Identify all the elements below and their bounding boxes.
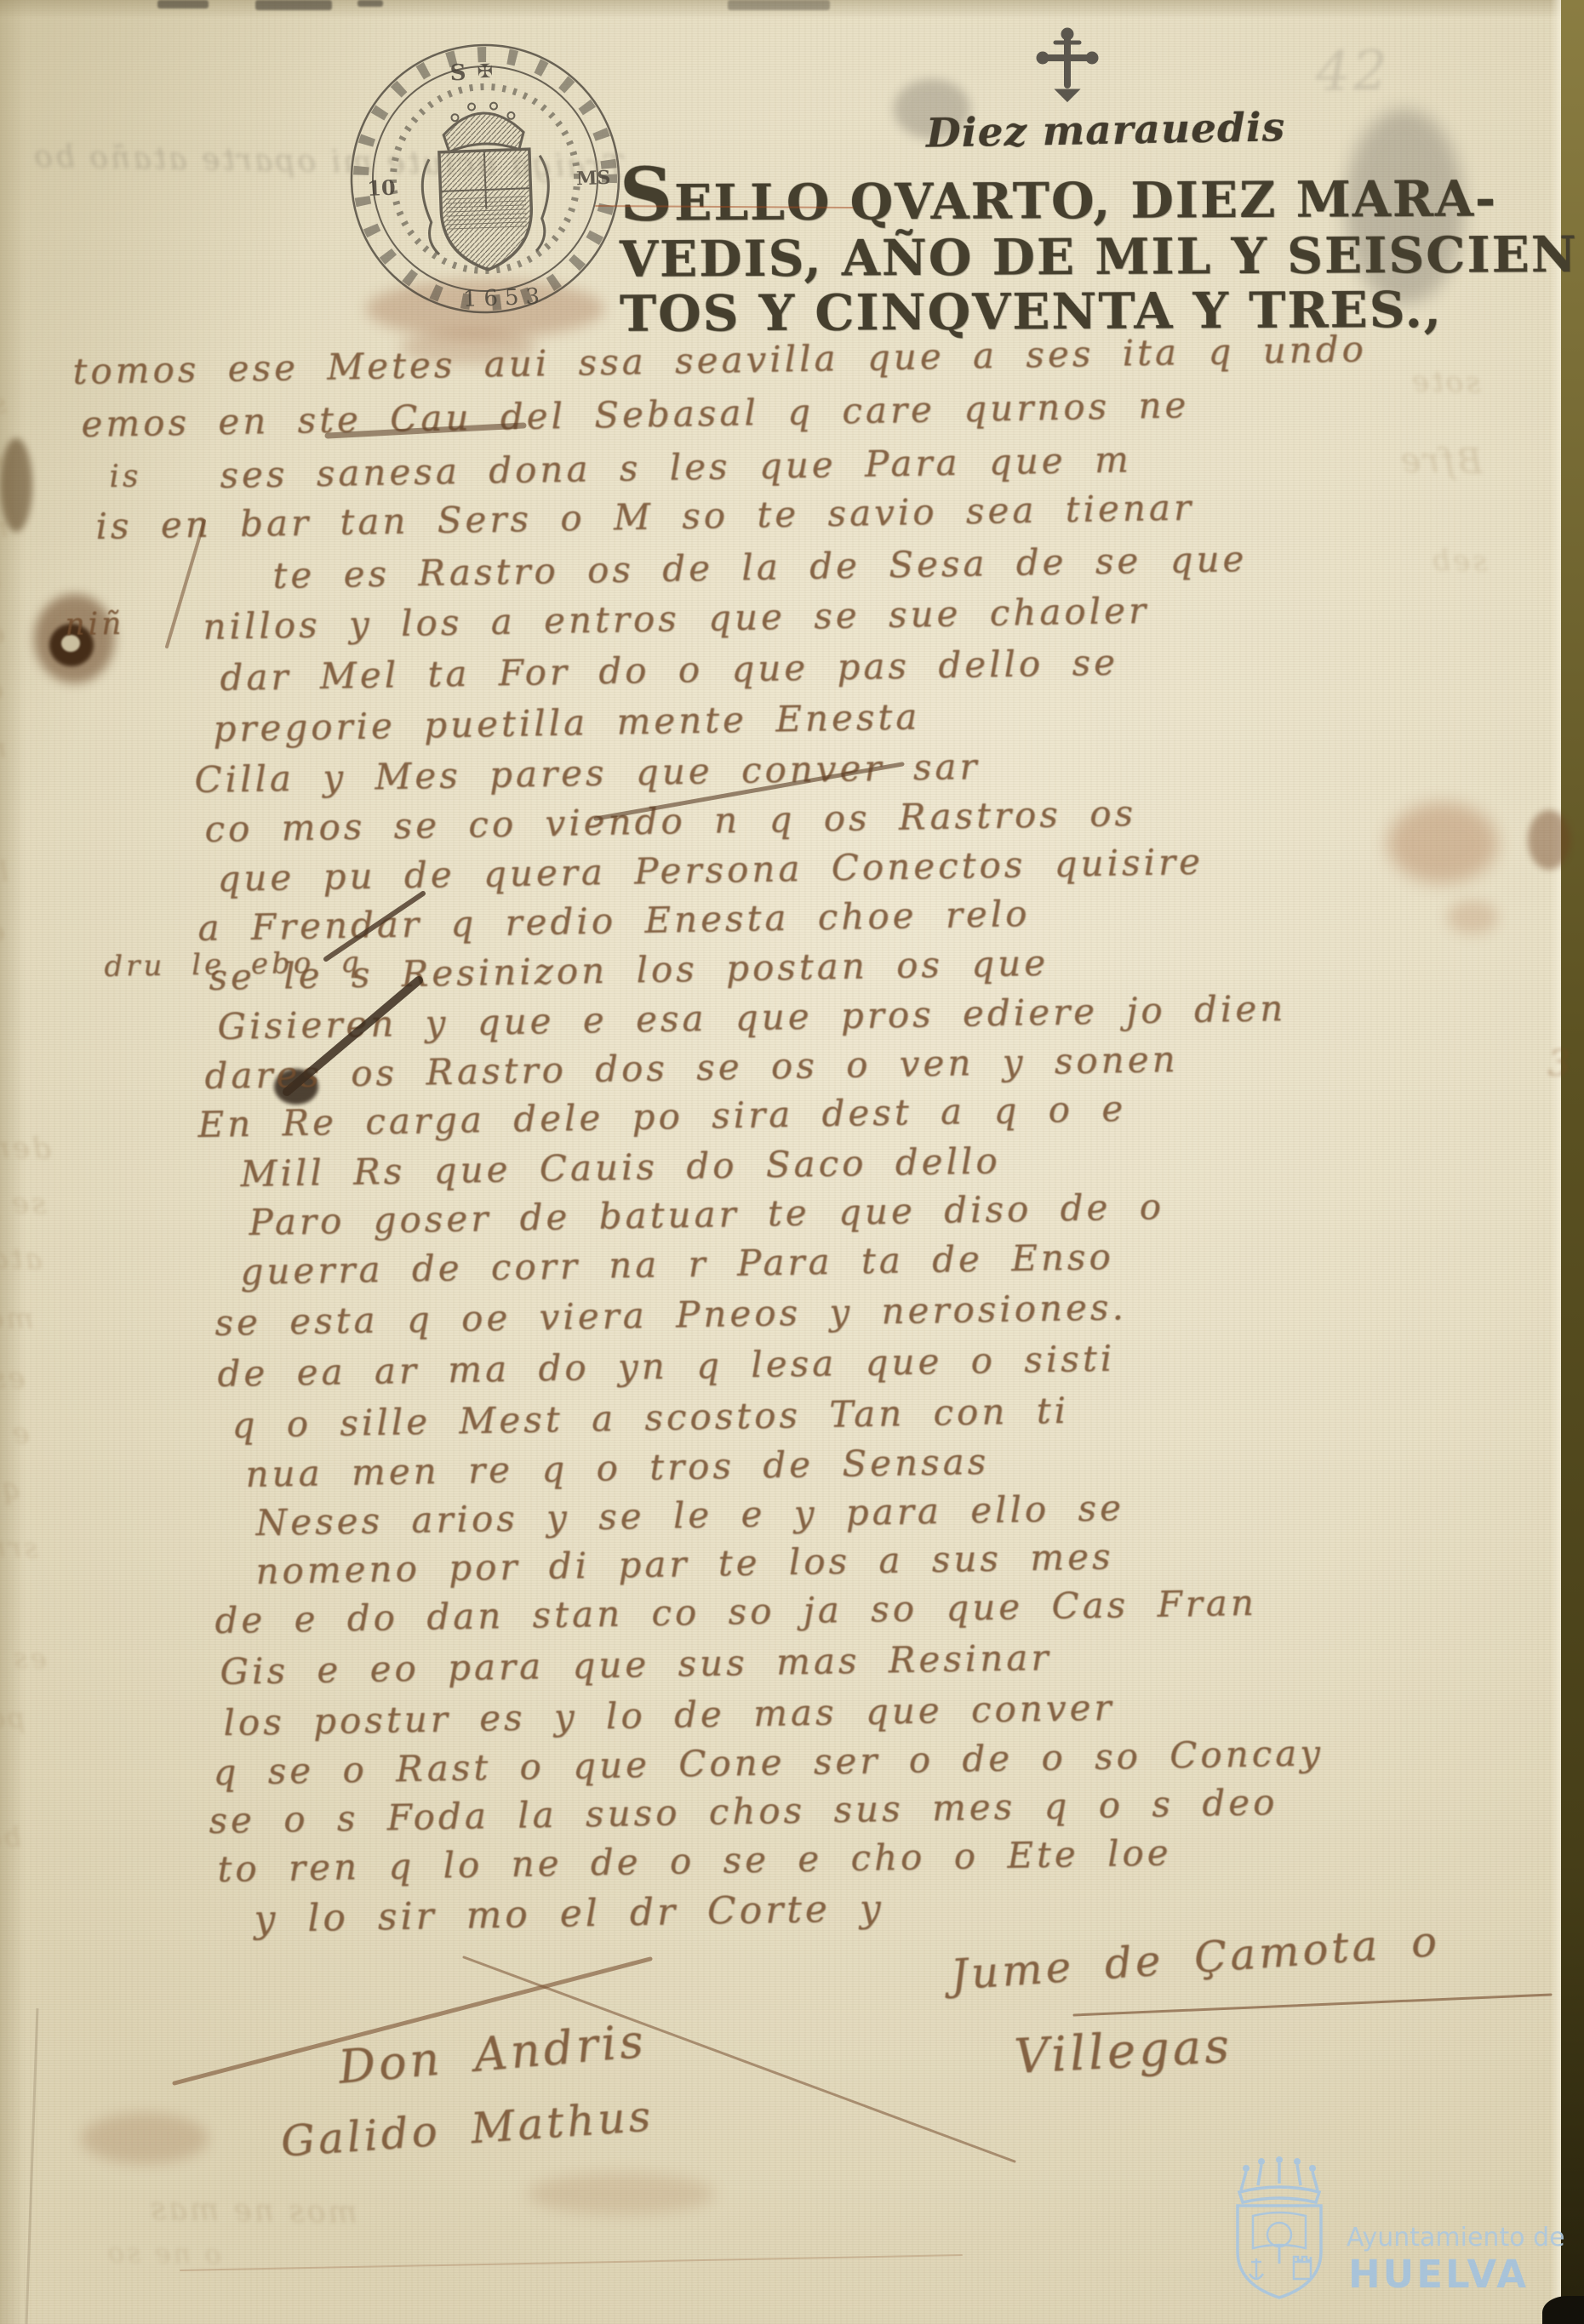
huelva-coat-of-arms-icon xyxy=(1227,2156,1331,2303)
pen-stroke xyxy=(328,425,523,436)
pen-stroke xyxy=(167,521,204,647)
pen-stroke xyxy=(1074,1995,1551,2015)
pen-stroke xyxy=(180,2255,962,2270)
scanned-document-page: S ✠ 10 MS 1653 Diez marauedis SELLO QVAR… xyxy=(0,0,1584,2324)
pen-stroke xyxy=(464,1957,1015,2161)
pen-stroke xyxy=(326,894,423,959)
ink-strokes-layer xyxy=(0,0,1584,2324)
watermark-city-name: HUELVA xyxy=(1348,2252,1529,2297)
pen-stroke xyxy=(596,206,853,208)
watermark-org-name: Ayuntamiento de xyxy=(1347,2223,1565,2253)
pen-stroke xyxy=(174,1959,650,2083)
pen-stroke xyxy=(287,980,419,1092)
pen-stroke xyxy=(596,764,902,819)
